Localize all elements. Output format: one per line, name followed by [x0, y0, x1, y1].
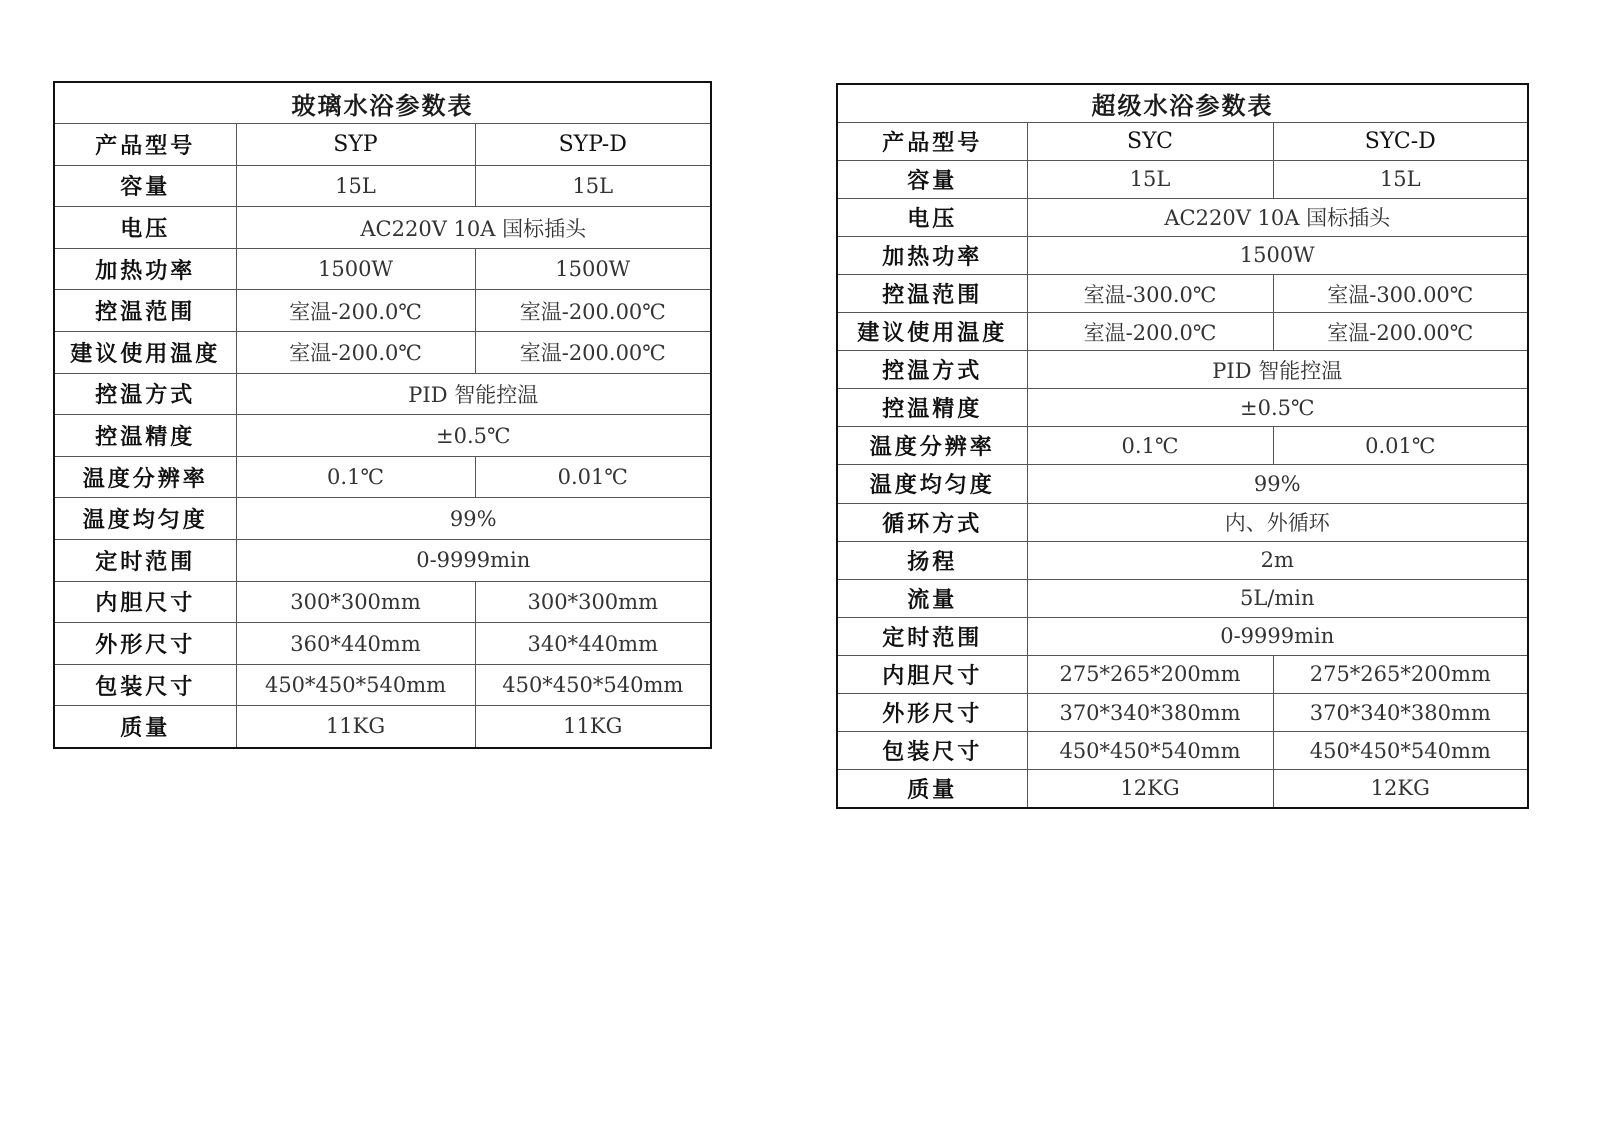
table-row: 外形尺寸 360*440mm 340*440mm [54, 623, 711, 665]
cell-value-merged: 99% [1027, 465, 1528, 503]
cell-value: 15L [1027, 160, 1273, 198]
row-label: 控温范围 [837, 274, 1027, 312]
cell-value: 15L [1273, 160, 1528, 198]
cell-value-merged: 0-9999min [1027, 617, 1528, 655]
cell-value: 12KG [1273, 770, 1528, 808]
row-label: 温度分辨率 [837, 427, 1027, 465]
table-row: 包装尺寸 450*450*540mm 450*450*540mm [54, 664, 711, 706]
cell-value: 室温-200.00℃ [475, 290, 711, 332]
cell-value-merged: 5L/min [1027, 579, 1528, 617]
cell-value-merged: 2m [1027, 541, 1528, 579]
row-label: 建议使用温度 [837, 313, 1027, 351]
row-label: 外形尺寸 [837, 694, 1027, 732]
table-row: 外形尺寸 370*340*380mm 370*340*380mm [837, 694, 1528, 732]
cell-value: 室温-200.00℃ [475, 332, 711, 374]
row-label: 加热功率 [54, 248, 236, 290]
cell-value: SYP [236, 124, 475, 166]
row-label: 定时范围 [54, 540, 236, 582]
table-row: 建议使用温度 室温-200.0℃ 室温-200.00℃ [837, 313, 1528, 351]
super-water-bath-spec-table: 超级水浴参数表 产品型号 SYC SYC-D 容量 15L 15L 电压 AC2… [836, 83, 1529, 809]
row-label: 容量 [54, 165, 236, 207]
cell-value: 1500W [236, 248, 475, 290]
cell-value-merged: 1500W [1027, 236, 1528, 274]
cell-value: 370*340*380mm [1027, 694, 1273, 732]
table-row: 温度均匀度 99% [837, 465, 1528, 503]
table-row: 控温方式 PID 智能控温 [837, 351, 1528, 389]
cell-value: SYP-D [475, 124, 711, 166]
cell-value-merged: AC220V 10A 国标插头 [236, 207, 711, 249]
row-label: 控温精度 [54, 415, 236, 457]
table-row: 温度分辨率 0.1℃ 0.01℃ [54, 456, 711, 498]
table-row: 产品型号 SYP SYP-D [54, 124, 711, 166]
table-row: 质量 11KG 11KG [54, 706, 711, 748]
row-label: 控温精度 [837, 389, 1027, 427]
cell-value: 300*300mm [236, 581, 475, 623]
cell-value-merged: PID 智能控温 [1027, 351, 1528, 389]
table-row: 流量 5L/min [837, 579, 1528, 617]
cell-value-merged: PID 智能控温 [236, 373, 711, 415]
table-row: 控温方式 PID 智能控温 [54, 373, 711, 415]
cell-value: 室温-300.00℃ [1273, 274, 1528, 312]
cell-value: 300*300mm [475, 581, 711, 623]
cell-value: 11KG [475, 706, 711, 748]
cell-value: 15L [475, 165, 711, 207]
table-row: 产品型号 SYC SYC-D [837, 122, 1528, 160]
cell-value: 室温-200.00℃ [1273, 313, 1528, 351]
row-label: 温度均匀度 [837, 465, 1027, 503]
row-label: 温度均匀度 [54, 498, 236, 540]
table-row: 控温精度 ±0.5℃ [54, 415, 711, 457]
cell-value: 450*450*540mm [475, 664, 711, 706]
cell-value: 275*265*200mm [1027, 655, 1273, 693]
table-body: 玻璃水浴参数表 产品型号 SYP SYP-D 容量 15L 15L 电压 AC2… [54, 82, 711, 748]
row-label: 外形尺寸 [54, 623, 236, 665]
table-row: 温度均匀度 99% [54, 498, 711, 540]
table-row: 扬程 2m [837, 541, 1528, 579]
cell-value-merged: ±0.5℃ [236, 415, 711, 457]
row-label: 内胆尺寸 [837, 655, 1027, 693]
cell-value: SYC-D [1273, 122, 1528, 160]
table-row: 内胆尺寸 300*300mm 300*300mm [54, 581, 711, 623]
table-row: 加热功率 1500W 1500W [54, 248, 711, 290]
cell-value: 室温-300.0℃ [1027, 274, 1273, 312]
table-row: 控温范围 室温-200.0℃ 室温-200.00℃ [54, 290, 711, 332]
cell-value: 0.01℃ [1273, 427, 1528, 465]
row-label: 控温方式 [837, 351, 1027, 389]
table-row: 电压 AC220V 10A 国标插头 [837, 198, 1528, 236]
cell-value-merged: 99% [236, 498, 711, 540]
cell-value: 450*450*540mm [1273, 732, 1528, 770]
glass-water-bath-spec-table: 玻璃水浴参数表 产品型号 SYP SYP-D 容量 15L 15L 电压 AC2… [53, 81, 712, 749]
table-title-row: 玻璃水浴参数表 [54, 82, 711, 124]
table-title: 超级水浴参数表 [837, 84, 1528, 122]
table-row: 控温范围 室温-300.0℃ 室温-300.00℃ [837, 274, 1528, 312]
cell-value: 0.1℃ [1027, 427, 1273, 465]
table-row: 温度分辨率 0.1℃ 0.01℃ [837, 427, 1528, 465]
table-row: 电压 AC220V 10A 国标插头 [54, 207, 711, 249]
table-body: 超级水浴参数表 产品型号 SYC SYC-D 容量 15L 15L 电压 AC2… [837, 84, 1528, 808]
table-row: 包装尺寸 450*450*540mm 450*450*540mm [837, 732, 1528, 770]
cell-value-merged: ±0.5℃ [1027, 389, 1528, 427]
cell-value: 11KG [236, 706, 475, 748]
table-row: 容量 15L 15L [837, 160, 1528, 198]
table-row: 定时范围 0-9999min [54, 540, 711, 582]
table-row: 内胆尺寸 275*265*200mm 275*265*200mm [837, 655, 1528, 693]
row-label: 包装尺寸 [837, 732, 1027, 770]
cell-value-merged: 0-9999min [236, 540, 711, 582]
row-label: 容量 [837, 160, 1027, 198]
row-label: 建议使用温度 [54, 332, 236, 374]
row-label: 温度分辨率 [54, 456, 236, 498]
table-row: 容量 15L 15L [54, 165, 711, 207]
cell-value: 340*440mm [475, 623, 711, 665]
row-label: 定时范围 [837, 617, 1027, 655]
row-label: 加热功率 [837, 236, 1027, 274]
row-label: 质量 [54, 706, 236, 748]
row-label: 循环方式 [837, 503, 1027, 541]
cell-value: 12KG [1027, 770, 1273, 808]
table-row: 质量 12KG 12KG [837, 770, 1528, 808]
table-row: 循环方式 内、外循环 [837, 503, 1528, 541]
row-label: 扬程 [837, 541, 1027, 579]
table-title: 玻璃水浴参数表 [54, 82, 711, 124]
cell-value: SYC [1027, 122, 1273, 160]
table-row: 控温精度 ±0.5℃ [837, 389, 1528, 427]
cell-value: 275*265*200mm [1273, 655, 1528, 693]
table-row: 加热功率 1500W [837, 236, 1528, 274]
row-label: 质量 [837, 770, 1027, 808]
cell-value: 室温-200.0℃ [236, 332, 475, 374]
cell-value: 360*440mm [236, 623, 475, 665]
row-label: 产品型号 [54, 124, 236, 166]
cell-value: 450*450*540mm [236, 664, 475, 706]
cell-value: 1500W [475, 248, 711, 290]
cell-value: 15L [236, 165, 475, 207]
cell-value: 370*340*380mm [1273, 694, 1528, 732]
cell-value: 室温-200.0℃ [236, 290, 475, 332]
row-label: 内胆尺寸 [54, 581, 236, 623]
row-label: 产品型号 [837, 122, 1027, 160]
row-label: 控温范围 [54, 290, 236, 332]
cell-value: 0.1℃ [236, 456, 475, 498]
row-label: 控温方式 [54, 373, 236, 415]
row-label: 电压 [54, 207, 236, 249]
table-row: 建议使用温度 室温-200.0℃ 室温-200.00℃ [54, 332, 711, 374]
cell-value-merged: AC220V 10A 国标插头 [1027, 198, 1528, 236]
cell-value-merged: 内、外循环 [1027, 503, 1528, 541]
cell-value: 0.01℃ [475, 456, 711, 498]
cell-value: 450*450*540mm [1027, 732, 1273, 770]
table-title-row: 超级水浴参数表 [837, 84, 1528, 122]
table-row: 定时范围 0-9999min [837, 617, 1528, 655]
row-label: 流量 [837, 579, 1027, 617]
row-label: 电压 [837, 198, 1027, 236]
cell-value: 室温-200.0℃ [1027, 313, 1273, 351]
row-label: 包装尺寸 [54, 664, 236, 706]
